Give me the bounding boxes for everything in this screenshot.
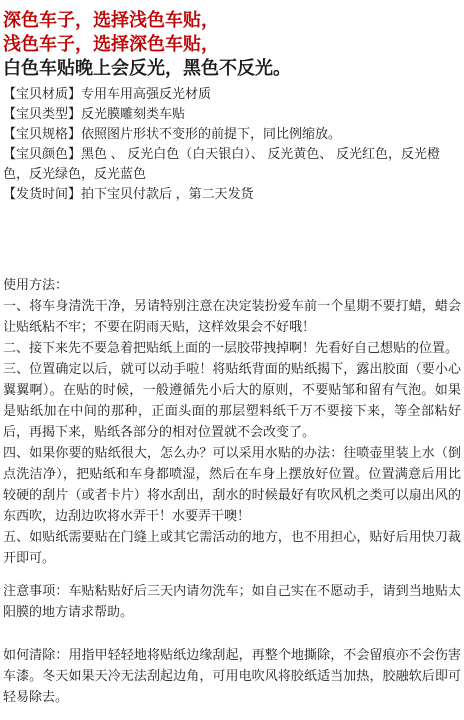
attribute-spec: 【宝贝规格】依照图片形状不变形的前提下，同比例缩放。 [3,124,461,144]
advice-line-light-car: 浅色车子，选择深色车贴， [3,32,461,56]
removal-instructions-paragraph: 如何清除：用指甲轻轻地将贴纸边缘刮起，再整个地撕除，不会留痕亦不会伤害车漆。冬天… [3,644,461,707]
notice-paragraph: 注意事项：车贴粘贴好后三天内请勿洗车；如自己实在不愿动手，请到当地贴太阳膜的地方… [3,580,461,622]
usage-step-2: 二、接下来先不要急着把贴纸上面的一层胶带拽掉啊！先看好自己想贴的位置。 [3,337,461,358]
advice-line-dark-car: 深色车子，选择浅色车贴， [3,8,461,32]
product-description-page: 深色车子，选择浅色车贴， 浅色车子，选择深色车贴， 白色车贴晚上会反光，黑色不反… [0,0,464,720]
advice-line-reflective: 白色车贴晚上会反光，黑色不反光。 [3,56,461,80]
usage-step-3: 三、位置确定以后，就可以动手啦！将贴纸背面的贴纸揭下，露出胶面（要小心翼翼啊）。… [3,358,461,442]
color-advice-header: 深色车子，选择浅色车贴， 浅色车子，选择深色车贴， 白色车贴晚上会反光，黑色不反… [3,8,461,80]
usage-instructions: 使用方法： 一、将车身清洗干净，另请特别注意在决定装扮爱车前一个星期不要打蜡，蜡… [3,274,461,568]
usage-step-4: 四、如果你要的贴纸很大，怎么办？可以采用水贴的办法：往喷壶里装上水（倒点洗洁净）… [3,442,461,526]
attribute-shipping-time: 【发货时间】拍下宝贝付款后 ，第二天发货 [3,184,461,204]
usage-step-5: 五、如贴纸需要贴在门缝上或其它需活动的地方，也不用担心，贴好后用快刀裁开即可。 [3,526,461,568]
usage-step-1: 一、将车身清洗干净，另请特别注意在决定装扮爱车前一个星期不要打蜡，蜡会让贴纸粘不… [3,295,461,337]
attribute-type: 【宝贝类型】反光膜雕刻类车贴 [3,104,461,124]
usage-title: 使用方法： [3,274,461,295]
product-attributes: 【宝贝材质】专用车用高强反光材质 【宝贝类型】反光膜雕刻类车贴 【宝贝规格】依照… [3,84,461,204]
attribute-material: 【宝贝材质】专用车用高强反光材质 [3,84,461,104]
attribute-colors: 【宝贝颜色】黑色 、 反光白色（白天银白）、 反光黄色、 反光红色，反光橙 色，… [3,144,461,184]
